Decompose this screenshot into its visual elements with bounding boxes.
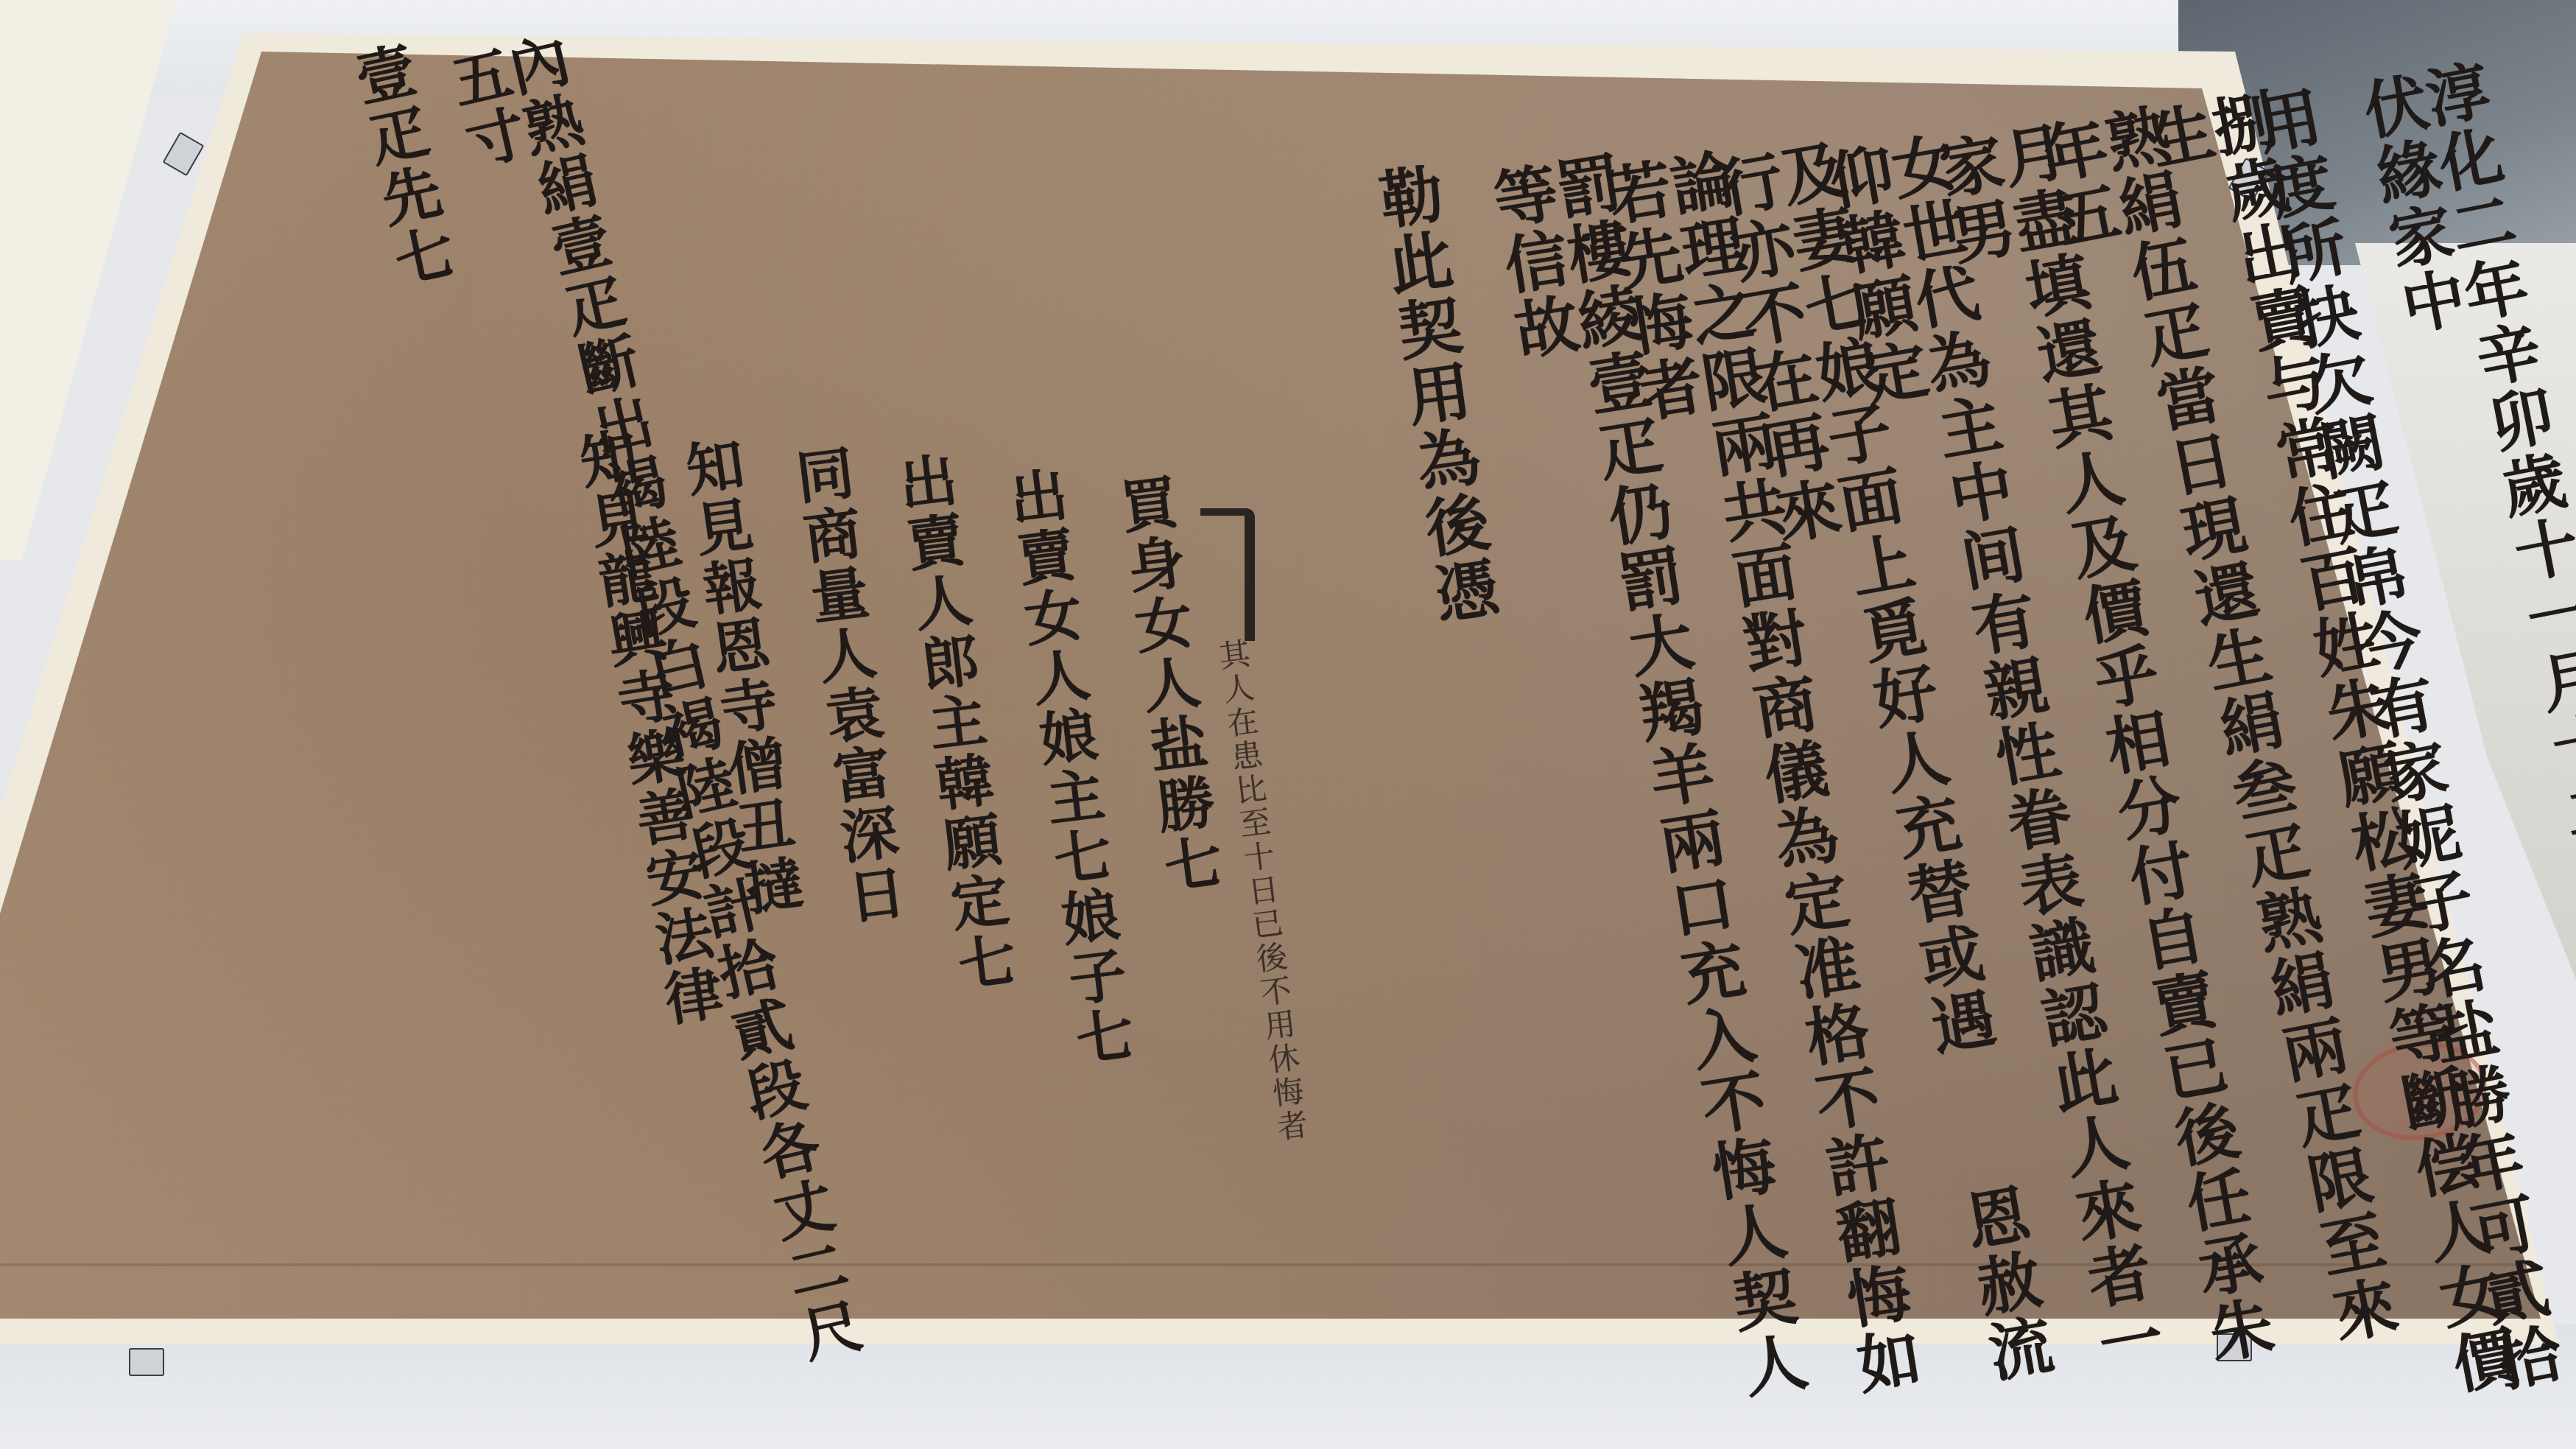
mount-clip-left bbox=[129, 1348, 164, 1376]
closing-bracket-mark bbox=[1200, 508, 1255, 641]
mount-clip-top-left bbox=[163, 132, 205, 177]
